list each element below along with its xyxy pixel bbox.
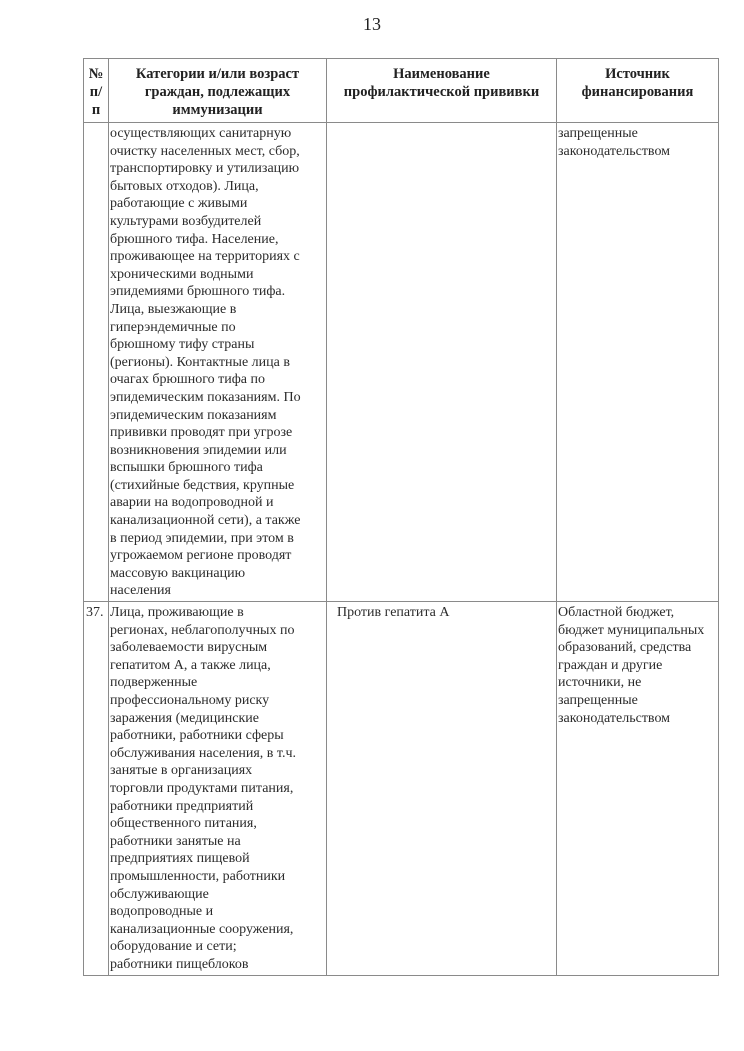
- header-category: Категории и/или возраст граждан, подлежа…: [109, 59, 327, 123]
- funding-source-line: законодательством: [558, 710, 718, 728]
- funding-source-line: запрещенные: [558, 692, 718, 710]
- category-line: обслуживающие: [110, 886, 326, 904]
- category-line: обслуживания населения, в т.ч.: [110, 745, 326, 763]
- category-line: транспортировку и утилизацию: [110, 160, 326, 178]
- header-source: Источник финансирования: [557, 59, 719, 123]
- funding-source-line: источники, не: [558, 674, 718, 692]
- funding-source-line: запрещенные: [558, 125, 718, 143]
- category-line: канализационной сети), а также: [110, 512, 326, 530]
- category-line: заражения (медицинские: [110, 710, 326, 728]
- header-category-line: граждан, подлежащих: [111, 83, 324, 101]
- immunization-table: № п/ п Категории и/или возраст граждан, …: [83, 58, 719, 976]
- header-num: № п/ п: [84, 59, 109, 123]
- category-line: вспышки брюшного тифа: [110, 459, 326, 477]
- category-line: работники пищеблоков: [110, 956, 326, 974]
- category-line: бытовых отходов). Лица,: [110, 178, 326, 196]
- page-number: 13: [0, 14, 744, 35]
- funding-source-line: образований, средства: [558, 639, 718, 657]
- table-header-row: № п/ п Категории и/или возраст граждан, …: [84, 59, 719, 123]
- category-line: очистку населенных мест, сбор,: [110, 143, 326, 161]
- header-source-line: Источник: [559, 65, 716, 83]
- category-line: гепатитом А, а также лица,: [110, 657, 326, 675]
- category-line: канализационные сооружения,: [110, 921, 326, 939]
- category-line: Лица, выезжающие в: [110, 301, 326, 319]
- table-row: осуществляющих санитарнуюочистку населен…: [84, 123, 719, 602]
- category-line: проживающее на территориях с: [110, 248, 326, 266]
- category-line: эпидемическим показаниям: [110, 407, 326, 425]
- category-line: работники занятые на: [110, 833, 326, 851]
- category-line: работники, работники сферы: [110, 727, 326, 745]
- category-line: прививки проводят при угрозе: [110, 424, 326, 442]
- category-line: аварии на водопроводной и: [110, 494, 326, 512]
- category-cell: осуществляющих санитарнуюочистку населен…: [109, 123, 327, 602]
- category-line: в период эпидемии, при этом в: [110, 530, 326, 548]
- category-line: общественного питания,: [110, 815, 326, 833]
- header-source-line: финансирования: [559, 83, 716, 101]
- header-vaccine: Наименование профилактической прививки: [327, 59, 557, 123]
- category-line: эпидемическим показаниям. По: [110, 389, 326, 407]
- category-line: (стихийные бедствия, крупные: [110, 477, 326, 495]
- header-num-line: п: [84, 101, 108, 119]
- category-line: брюшного тифа. Население,: [110, 231, 326, 249]
- category-line: (регионы). Контактные лица в: [110, 354, 326, 372]
- header-category-line: Категории и/или возраст: [111, 65, 324, 83]
- category-line: оборудование и сети;: [110, 938, 326, 956]
- table-row: 37.Лица, проживающие врегионах, неблагоп…: [84, 602, 719, 975]
- vaccine-cell: Против гепатита А: [327, 602, 557, 975]
- category-line: Лица, проживающие в: [110, 604, 326, 622]
- vaccine-cell: [327, 123, 557, 602]
- header-num-line: п/: [84, 83, 108, 101]
- category-line: регионах, неблагополучных по: [110, 622, 326, 640]
- category-line: заболеваемости вирусным: [110, 639, 326, 657]
- funding-source-cell: запрещенныезаконодательством: [557, 123, 719, 602]
- row-number: 37.: [84, 602, 109, 975]
- category-line: торговли продуктами питания,: [110, 780, 326, 798]
- category-line: возникновения эпидемии или: [110, 442, 326, 460]
- category-line: предприятиях пищевой: [110, 850, 326, 868]
- header-category-line: иммунизации: [111, 101, 324, 119]
- category-line: промышленности, работники: [110, 868, 326, 886]
- category-cell: Лица, проживающие врегионах, неблагополу…: [109, 602, 327, 975]
- category-line: занятые в организациях: [110, 762, 326, 780]
- category-line: эпидемиями брюшного тифа.: [110, 283, 326, 301]
- category-line: профессиональному риску: [110, 692, 326, 710]
- row-number: [84, 123, 109, 602]
- category-line: работающие с живыми: [110, 195, 326, 213]
- category-line: подверженные: [110, 674, 326, 692]
- category-line: массовую вакцинацию: [110, 565, 326, 583]
- funding-source-line: Областной бюджет,: [558, 604, 718, 622]
- category-line: очагах брюшного тифа по: [110, 371, 326, 389]
- header-vaccine-line: Наименование: [329, 65, 554, 83]
- category-line: культурами возбудителей: [110, 213, 326, 231]
- category-line: осуществляющих санитарную: [110, 125, 326, 143]
- category-line: работники предприятий: [110, 798, 326, 816]
- funding-source-line: бюджет муниципальных: [558, 622, 718, 640]
- funding-source-line: граждан и другие: [558, 657, 718, 675]
- category-line: гиперэндемичные по: [110, 319, 326, 337]
- category-line: угрожаемом регионе проводят: [110, 547, 326, 565]
- category-line: населения: [110, 582, 326, 600]
- header-vaccine-line: профилактической прививки: [329, 83, 554, 101]
- header-num-line: №: [84, 65, 108, 83]
- funding-source-cell: Областной бюджет,бюджет муниципальныхобр…: [557, 602, 719, 975]
- category-line: водопроводные и: [110, 903, 326, 921]
- category-line: хроническими водными: [110, 266, 326, 284]
- category-line: брюшному тифу страны: [110, 336, 326, 354]
- funding-source-line: законодательством: [558, 143, 718, 161]
